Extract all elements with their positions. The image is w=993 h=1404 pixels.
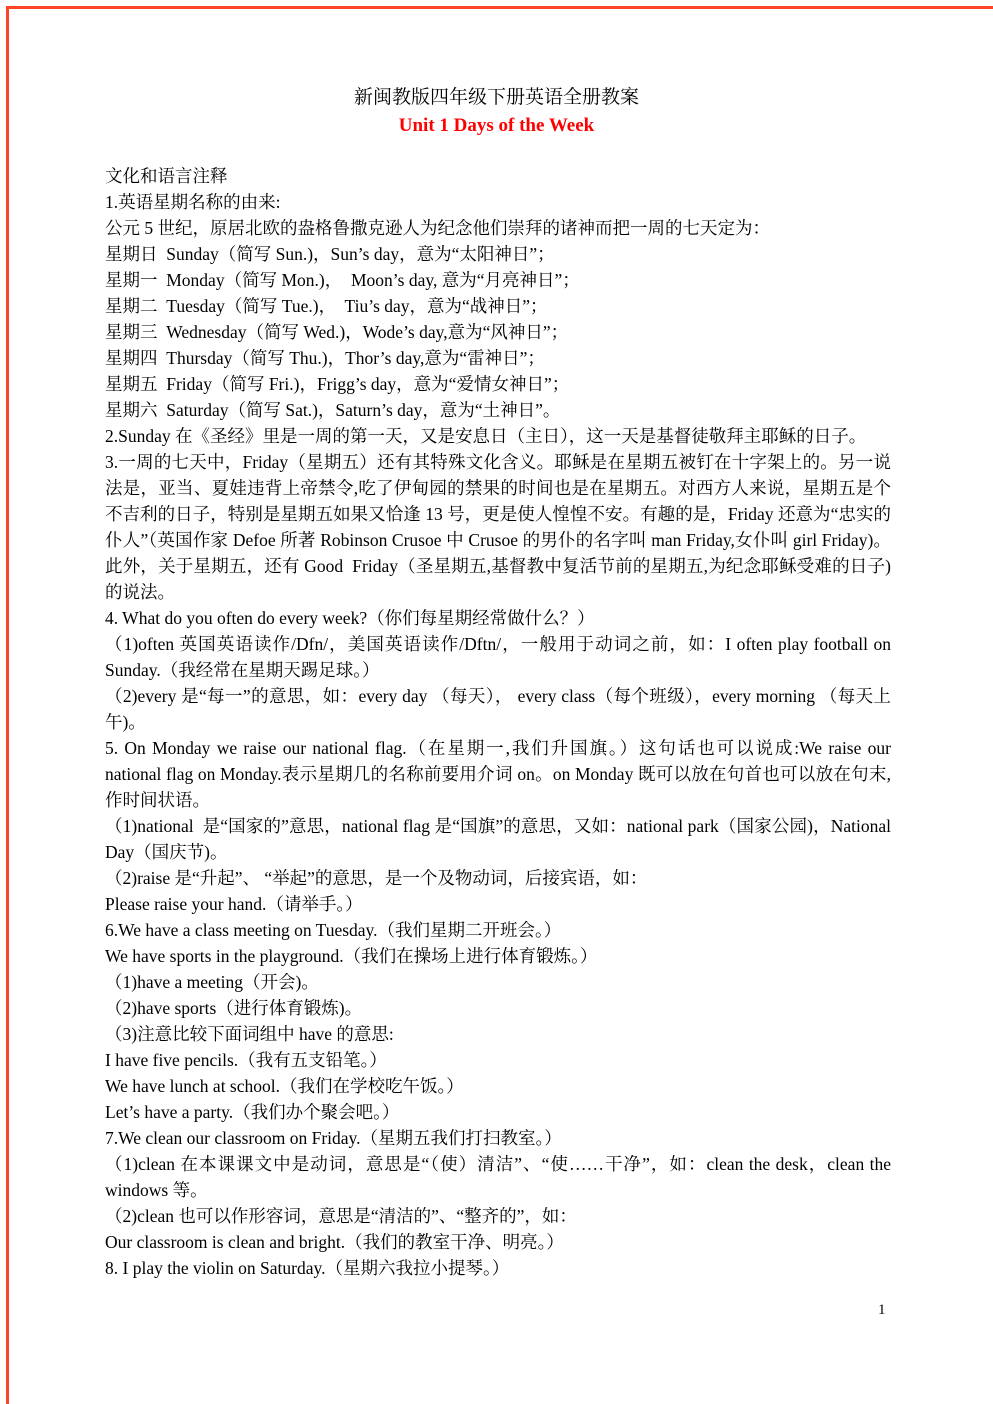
paragraph-28: 7.We clean our classroom on Friday.（星期五我… xyxy=(105,1125,891,1151)
paragraph-23: （2)have sports（进行体育锻炼)。 xyxy=(105,995,891,1021)
paragraph-20: 6.We have a class meeting on Tuesday.（我们… xyxy=(105,917,891,943)
paragraph-22: （1)have a meeting（开会)。 xyxy=(105,969,891,995)
paragraph-25: I have five pencils.（我有五支铅笔。） xyxy=(105,1047,891,1073)
paragraph-13: 4. What do you often do every week?（你们每星… xyxy=(105,605,891,631)
paragraph-21: We have sports in the playground.（我们在操场上… xyxy=(105,943,891,969)
paragraph-31: Our classroom is clean and bright.（我们的教室… xyxy=(105,1229,891,1255)
page-number: 1 xyxy=(878,1302,886,1318)
unit-title: Unit 1 Days of the Week xyxy=(0,114,993,138)
paragraph-15: （2)every 是“每一”的意思，如：every day （每天）， ever… xyxy=(105,683,891,735)
paragraph-16: 5. On Monday we raise our national flag.… xyxy=(105,735,891,813)
paragraph-11: 2.Sunday 在《圣经》里是一周的第一天，又是安息日（主日），这一天是基督徒… xyxy=(105,423,891,449)
paragraph-26: We have lunch at school.（我们在学校吃午饭。） xyxy=(105,1073,891,1099)
paragraph-29: （1)clean 在本课课文中是动词，意思是“（使）清洁”、“使……干净”，如：… xyxy=(105,1151,891,1203)
paragraph-4: 星期日 Sunday（简写 Sun.)，Sun’s day，意为“太阳神日”； xyxy=(105,241,891,267)
document-title: 新闽教版四年级下册英语全册教案 xyxy=(0,86,993,110)
paragraph-19: Please raise your hand.（请举手。） xyxy=(105,891,891,917)
paragraph-14: （1)often 英国英语读作/Dfn/，美国英语读作/Dftn/，一般用于动词… xyxy=(105,631,891,683)
paragraph-2: 1.英语星期名称的由来: xyxy=(105,189,891,215)
page-border-top-line xyxy=(6,6,993,9)
document-body: 文化和语言注释1.英语星期名称的由来:公元 5 世纪，原居北欧的盎格鲁撒克逊人为… xyxy=(105,163,891,1281)
document-page: { "page": { "title": "新闽教版四年级下册英语全册教案", … xyxy=(0,0,993,1404)
page-footer: 1 xyxy=(878,1300,886,1320)
paragraph-17: （1)national 是“国家的”意思，national flag 是“国旗”… xyxy=(105,813,891,865)
paragraph-30: （2)clean 也可以作形容词，意思是“清洁的”、“整齐的”，如： xyxy=(105,1203,891,1229)
paragraph-5: 星期一 Monday（简写 Mon.)， Moon’s day, 意为“月亮神日… xyxy=(105,267,891,293)
paragraph-9: 星期五 Friday（简写 Fri.)，Frigg’s day，意为“爱情女神日… xyxy=(105,371,891,397)
paragraph-10: 星期六 Saturday（简写 Sat.)，Saturn’s day，意为“土神… xyxy=(105,397,891,423)
paragraph-1: 文化和语言注释 xyxy=(105,163,891,189)
paragraph-32: 8. I play the violin on Saturday.（星期六我拉小… xyxy=(105,1255,891,1281)
paragraph-7: 星期三 Wednesday（简写 Wed.)，Wode’s day,意为“风神日… xyxy=(105,319,891,345)
paragraph-6: 星期二 Tuesday（简写 Tue.)， Tiu’s day，意为“战神日”； xyxy=(105,293,891,319)
paragraph-18: （2)raise 是“升起”、 “举起”的意思，是一个及物动词，后接宾语，如： xyxy=(105,865,891,891)
paragraph-27: Let’s have a party.（我们办个聚会吧。） xyxy=(105,1099,891,1125)
paragraph-3: 公元 5 世纪，原居北欧的盎格鲁撒克逊人为纪念他们崇拜的诸神而把一周的七天定为： xyxy=(105,215,891,241)
document-header: 新闽教版四年级下册英语全册教案 Unit 1 Days of the Week xyxy=(0,86,993,138)
page-border-left-line xyxy=(6,6,9,1404)
paragraph-24: （3)注意比较下面词组中 have 的意思: xyxy=(105,1021,891,1047)
paragraph-8: 星期四 Thursday（简写 Thu.)，Thor’s day,意为“雷神日”… xyxy=(105,345,891,371)
paragraph-12: 3.一周的七天中，Friday（星期五）还有其特殊文化含义。耶稣是在星期五被钉在… xyxy=(105,449,891,605)
